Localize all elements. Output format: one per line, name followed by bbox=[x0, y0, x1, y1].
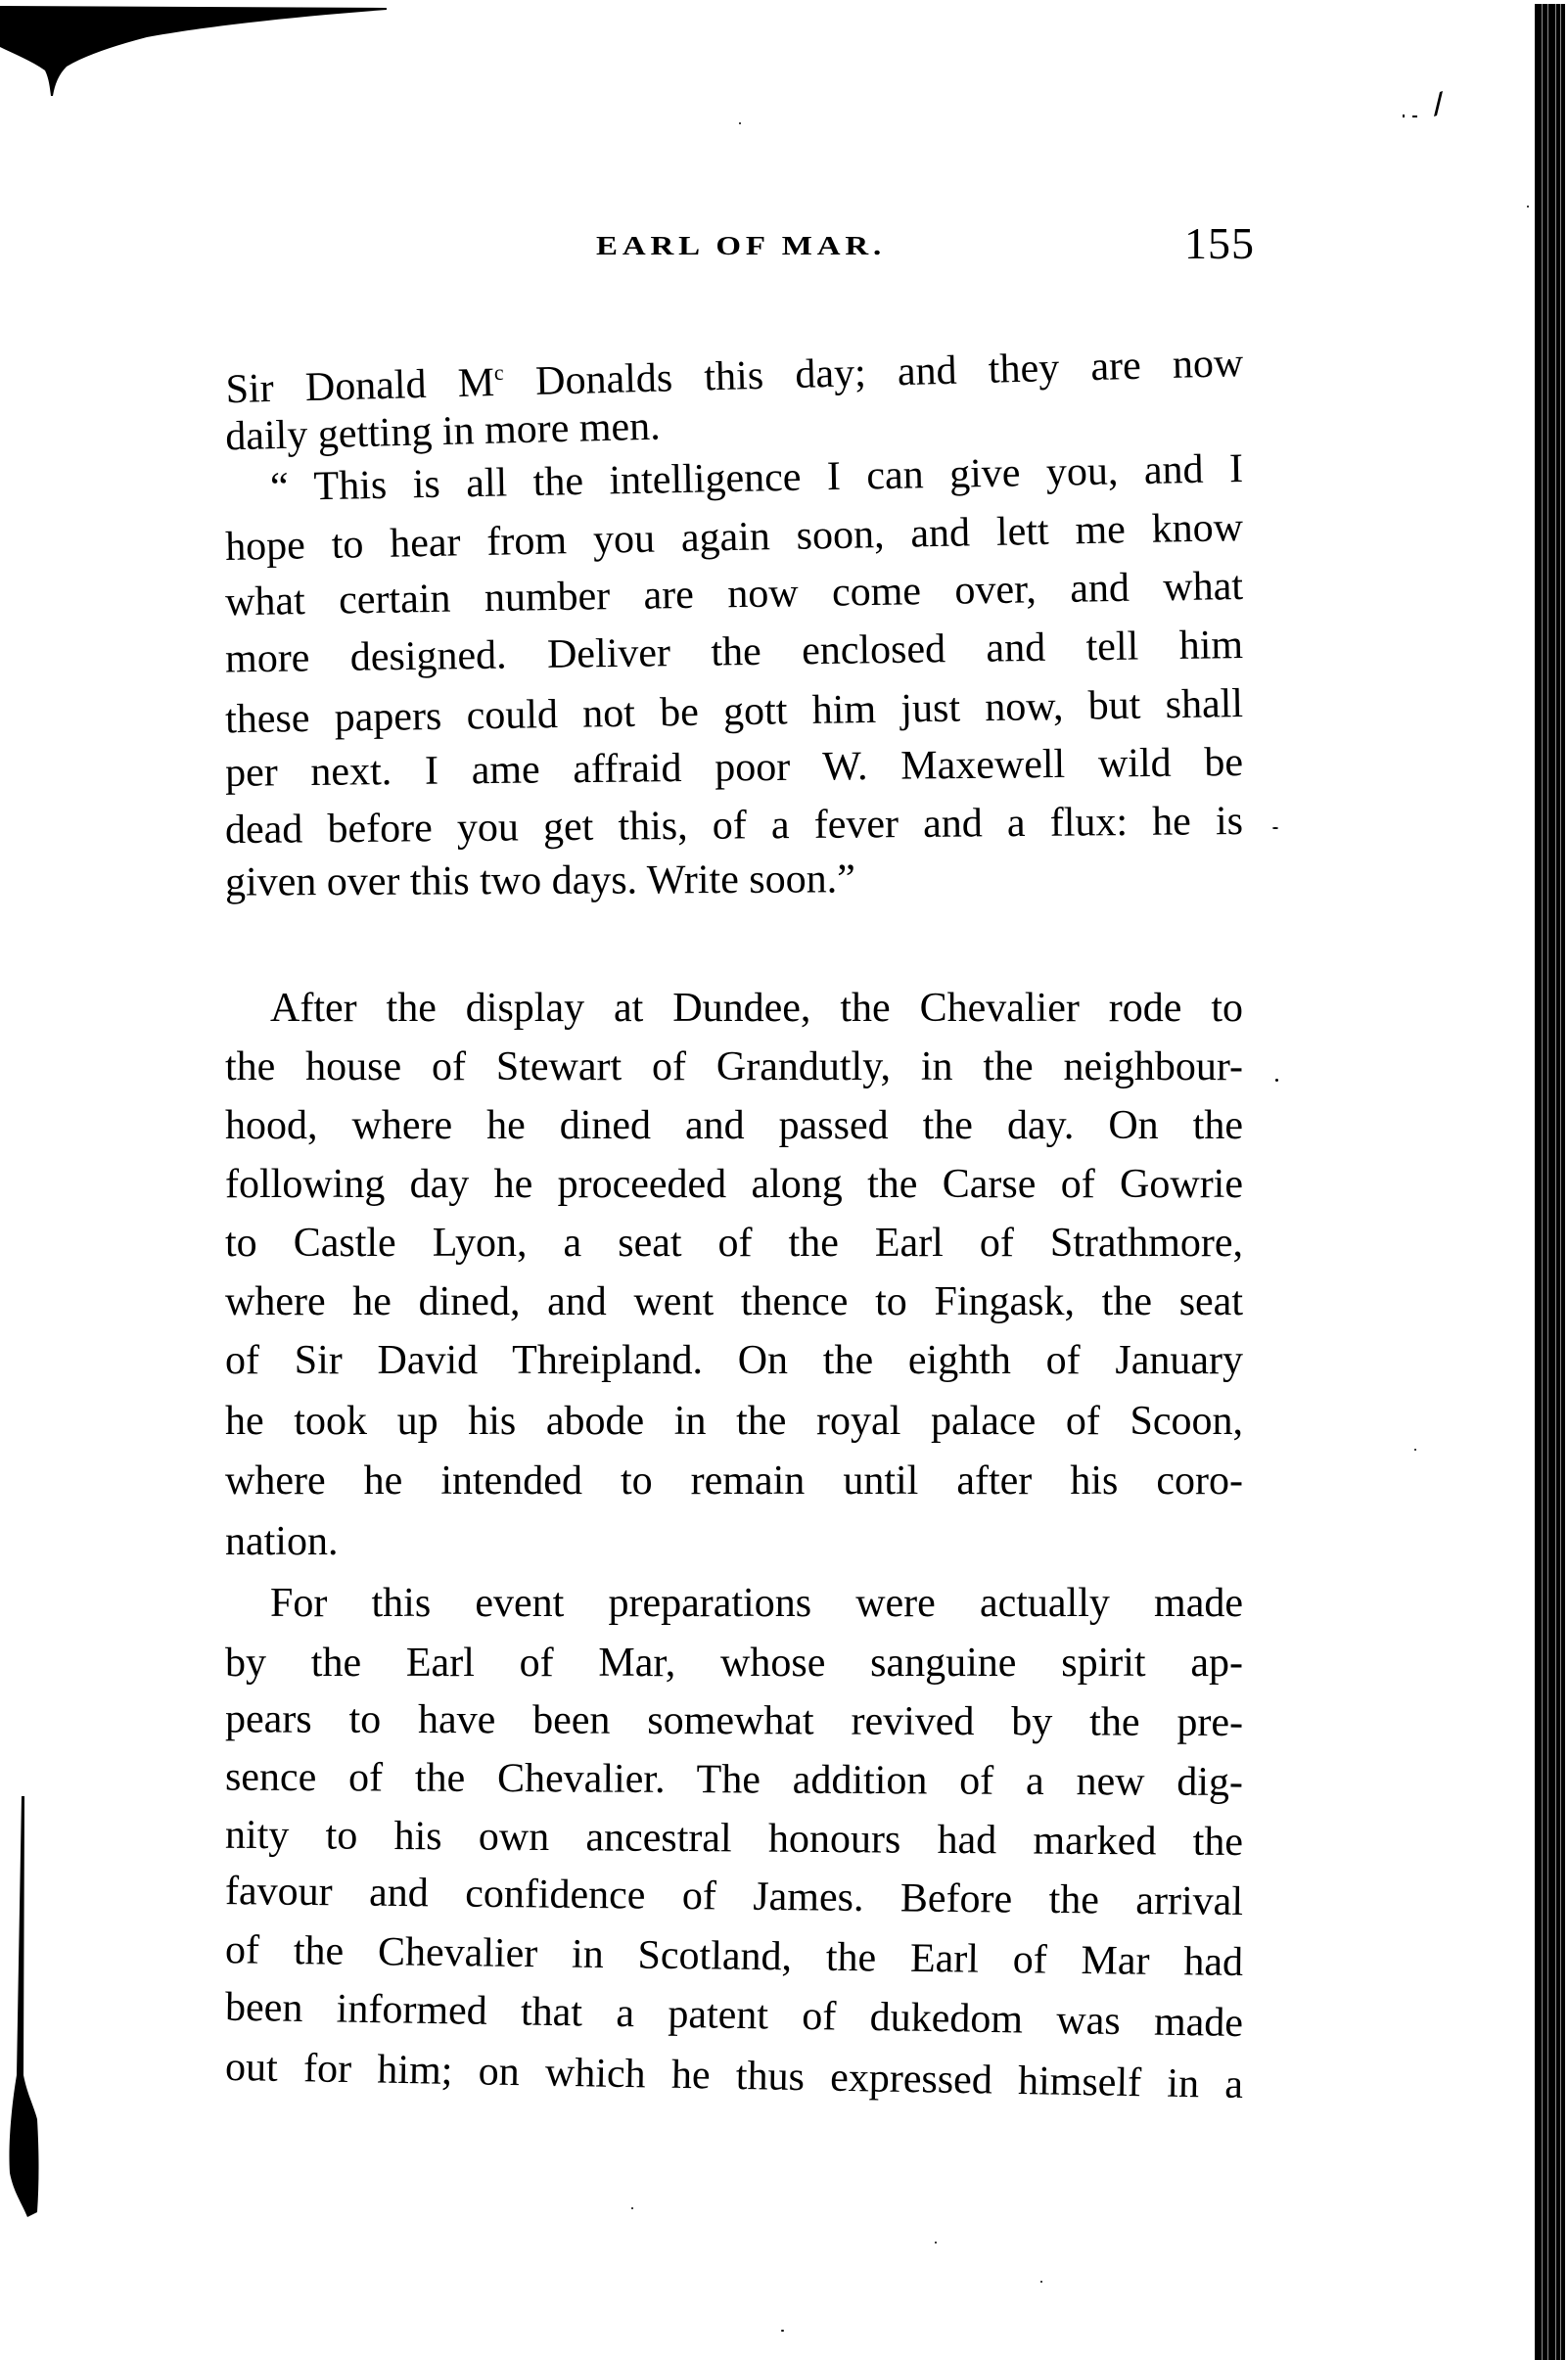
scan-edge-left bbox=[0, 1782, 59, 2232]
speck bbox=[739, 122, 741, 124]
speck bbox=[935, 2242, 937, 2244]
text-line: out for him; on which he thus expressed … bbox=[225, 2047, 1244, 2105]
speck bbox=[1040, 2281, 1042, 2283]
text-line: hood, where he dined and passed the day.… bbox=[225, 1105, 1243, 1146]
text-line: nation. bbox=[225, 1521, 1243, 1562]
margin-mark bbox=[1400, 86, 1458, 125]
text-line: more designed. Deliver the enclosed and … bbox=[225, 625, 1243, 680]
text-line: Sir Donald Mc Donalds this day; and they… bbox=[225, 333, 1244, 400]
scan-binding-edge-right bbox=[1535, 4, 1565, 2360]
text-line: After the display at Dundee, the Chevali… bbox=[270, 988, 1243, 1029]
speck bbox=[631, 2207, 633, 2209]
scan-shadow-top-left bbox=[0, 0, 411, 108]
speck bbox=[1527, 206, 1529, 208]
text-line: pears to have been somewhat revived by t… bbox=[225, 1698, 1243, 1743]
text-line: where he dined, and went thence to Finga… bbox=[225, 1281, 1243, 1322]
text-line: of the Chevalier in Scotland, the Earl o… bbox=[225, 1929, 1243, 1983]
text-line: given over this two days. Write soon.” bbox=[225, 856, 1243, 902]
text-line: to Castle Lyon, a seat of the Earl of St… bbox=[225, 1223, 1243, 1264]
text-line: what certain number are now come over, a… bbox=[225, 566, 1244, 623]
text-line: sence of the Chevalier. The addition of … bbox=[225, 1757, 1243, 1803]
text-line: following day he proceeded along the Car… bbox=[225, 1164, 1243, 1205]
page-number: 155 bbox=[1184, 217, 1255, 269]
text-line: For this event preparations were actuall… bbox=[270, 1583, 1243, 1624]
text-line: by the Earl of Mar, whose sanguine spiri… bbox=[225, 1643, 1243, 1684]
text-line: per next. I ame affraid poor W. Maxewell… bbox=[225, 742, 1243, 794]
text-line: favour and confidence of James. Before t… bbox=[225, 1871, 1243, 1922]
text-line: hope to hear from you again soon, and le… bbox=[225, 507, 1244, 568]
text-line: dead before you get this, of a fever and… bbox=[225, 801, 1243, 851]
text-line: he took up his abode in the royal palace… bbox=[225, 1401, 1243, 1442]
text-line: the house of Stewart of Grandutly, in th… bbox=[225, 1046, 1243, 1087]
speck bbox=[1414, 1449, 1416, 1451]
text-line: been informed that a patent of dukedom w… bbox=[225, 1987, 1244, 2044]
speck bbox=[781, 2330, 784, 2332]
text-line: of Sir David Threipland. On the eighth o… bbox=[225, 1340, 1243, 1381]
text-line: “ This is all the intelligence I can giv… bbox=[270, 448, 1244, 508]
running-head-title: EARL OF MAR. bbox=[596, 231, 886, 261]
text-line: these papers could not be gott him just … bbox=[225, 683, 1244, 740]
speck bbox=[1272, 827, 1278, 829]
speck bbox=[1275, 1079, 1278, 1082]
text-line: nity to his own ancestral honours had ma… bbox=[225, 1815, 1243, 1863]
text-line: where he intended to remain until after … bbox=[225, 1460, 1243, 1502]
book-page: EARL OF MAR. 155 Sir Donald Mc Donalds t… bbox=[0, 0, 1568, 2360]
